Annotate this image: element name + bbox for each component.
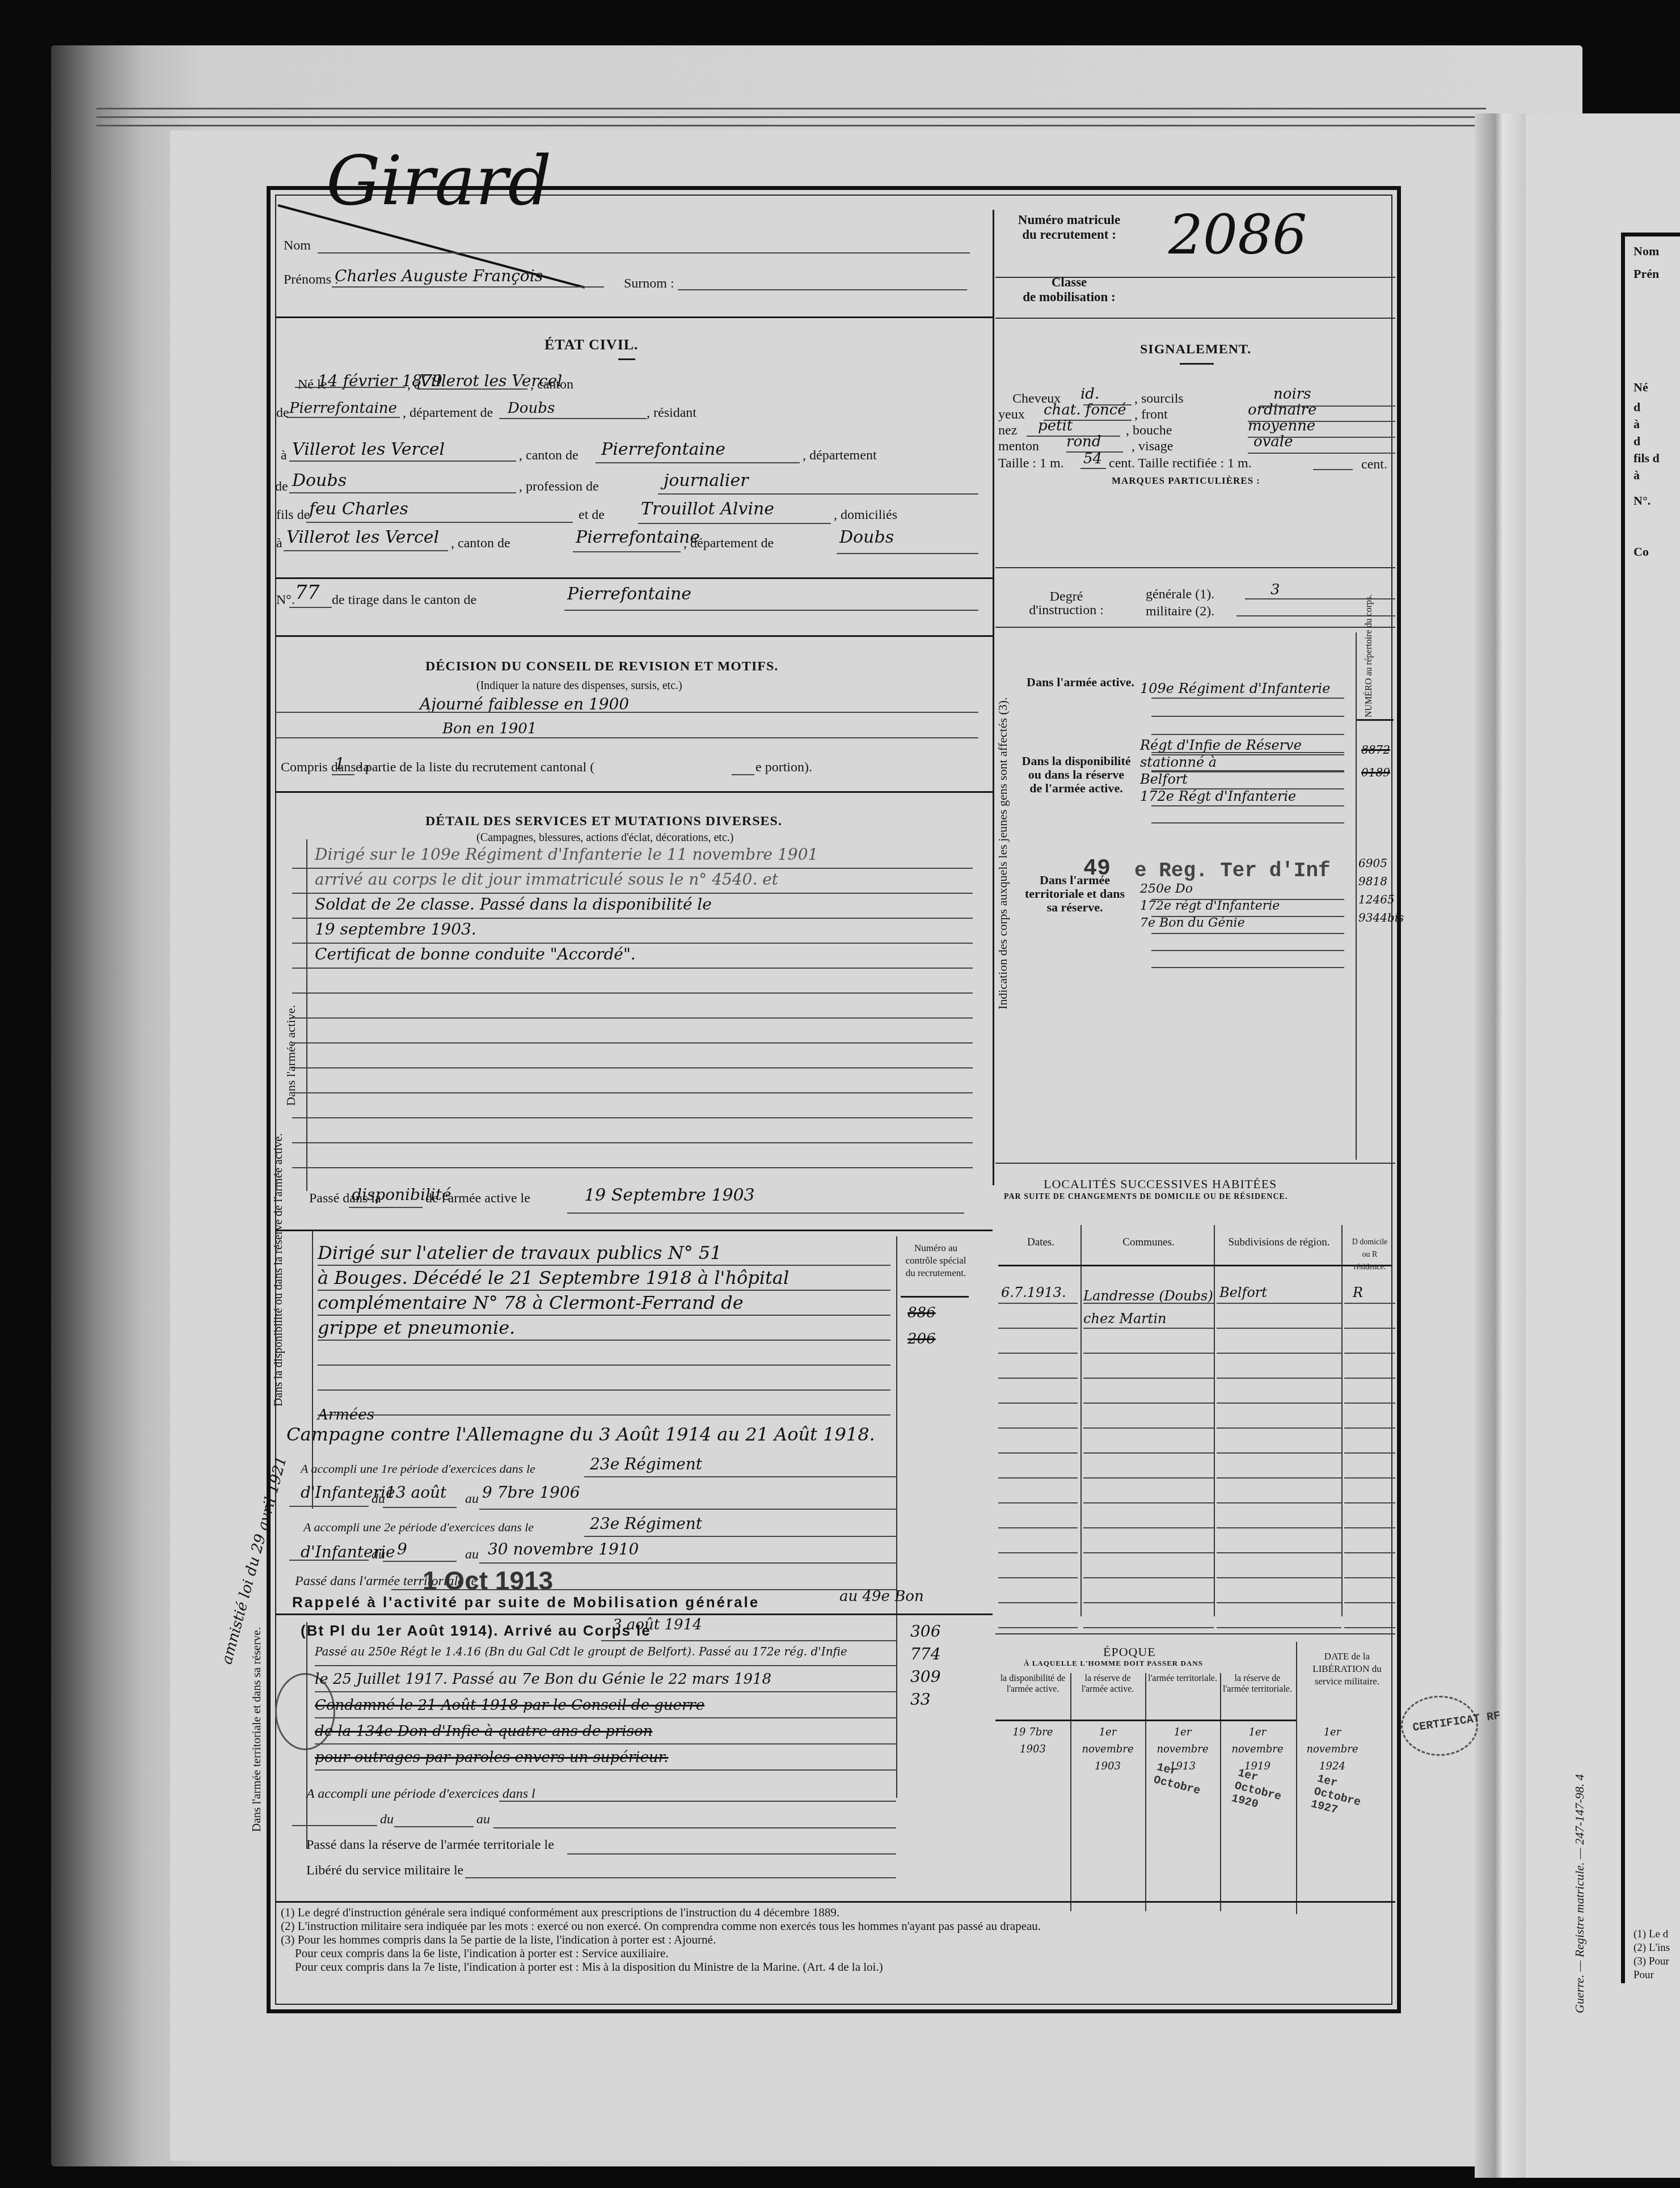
controle-number: 33 xyxy=(910,1690,931,1709)
ruled-line xyxy=(1083,1527,1214,1528)
service-entry: Dirigé sur le 109e Régiment d'Infanterie… xyxy=(315,845,818,864)
ruled-line xyxy=(1217,1602,1341,1603)
service-entry: complémentaire N° 78 à Clermont-Ferrand … xyxy=(318,1292,744,1313)
pere-value: feu Charles xyxy=(309,499,408,519)
menton-label: menton xyxy=(998,439,1039,454)
ruled-line xyxy=(292,868,973,869)
numero-repertoire-header: NUMÉRO au répertoire du corps. xyxy=(1364,594,1374,717)
ruled-line xyxy=(292,968,973,969)
domicile-value: Villerot les Vercel xyxy=(286,527,439,547)
ruled-line xyxy=(1217,1502,1341,1503)
ruled-line xyxy=(1151,967,1344,968)
page-stack-edge xyxy=(96,125,1486,126)
epoque-column-header: la réserve de l'armée active. xyxy=(1073,1673,1143,1695)
taille-cent-end: cent. xyxy=(1361,457,1387,472)
right-page-label: à xyxy=(1633,417,1640,432)
compris-value: 1 xyxy=(335,754,345,773)
page-stack-edge xyxy=(96,116,1486,118)
prenoms-label: Prénoms : xyxy=(284,272,339,288)
yeux-value: chat. foncé xyxy=(1044,402,1126,419)
periode-terr-au-label: au xyxy=(476,1812,490,1827)
book-gutter xyxy=(1475,113,1526,2178)
localites-column-header: D domicile ou R résidence. xyxy=(1347,1236,1392,1274)
epoque-correction-stamp: 1er Octobre 1920 xyxy=(1230,1767,1311,1822)
ruled-line xyxy=(1083,1477,1214,1479)
ruled-line xyxy=(292,1042,973,1044)
ruled-line xyxy=(292,1142,973,1143)
ruled-line xyxy=(1151,950,1344,951)
ruled-line xyxy=(315,1743,896,1745)
controle-number: 309 xyxy=(910,1667,940,1686)
ruled-line xyxy=(318,1290,890,1291)
ruled-line xyxy=(1217,1353,1341,1354)
ruled-line xyxy=(318,1340,890,1341)
footnote: (3) Pour les hommes compris dans la 5e p… xyxy=(281,1933,716,1947)
residence-value: Villerot les Vercel xyxy=(292,440,445,459)
service-entry: de la 134e Don d'Infie à quatre ans de p… xyxy=(315,1723,652,1740)
ruled-line xyxy=(998,1378,1078,1379)
classe-label: Classede mobilisation : xyxy=(1004,275,1134,305)
campagne-annotation: Armées xyxy=(318,1406,374,1424)
controle-header: Numéro au contrôle spécial du recrutemen… xyxy=(902,1242,970,1279)
decret-hand: 3 août 1914 xyxy=(613,1616,702,1633)
ruled-line xyxy=(1151,822,1344,823)
right-page-footnote: (1) Le d xyxy=(1633,1928,1668,1941)
profession-label: , profession de xyxy=(519,479,599,495)
ruled-line xyxy=(1217,1403,1341,1404)
ruled-line xyxy=(1344,1552,1395,1553)
service-entry: Passé au 250e Régt le 1.4.16 (Bn du Gal … xyxy=(315,1645,847,1658)
affectation-active-label: Dans l'armée active. xyxy=(1027,675,1123,690)
right-page-label: N°. xyxy=(1633,493,1651,508)
canton-label: , canton xyxy=(530,377,573,392)
et-de-label: et de xyxy=(579,508,605,523)
compris-rest: e partie de la liste du recrutement cant… xyxy=(356,760,594,775)
profession-value: journalier xyxy=(664,471,749,491)
ruled-line xyxy=(1151,805,1344,806)
epoque-correction-stamp: 1er Octobre 1927 xyxy=(1310,1772,1391,1828)
mere-value: Trouillot Alvine xyxy=(641,499,774,519)
repertoire-number: 8872 xyxy=(1361,743,1390,757)
service-entry: grippe et pneumonie. xyxy=(318,1317,515,1338)
campagne-line: Campagne contre l'Allemagne du 3 Août 19… xyxy=(286,1424,875,1445)
ruled-line xyxy=(998,1552,1078,1553)
ruled-line xyxy=(1217,1552,1341,1553)
ruled-line xyxy=(292,1092,973,1093)
matricule-value: 2086 xyxy=(1168,203,1307,267)
localite-date: 6.7.1913. xyxy=(1001,1285,1066,1300)
ruled-line xyxy=(1344,1403,1395,1404)
ruled-line xyxy=(998,1477,1078,1479)
ruled-line xyxy=(1344,1353,1395,1354)
printer-mark: Guerre. — Registre matricule. — 247-147-… xyxy=(1572,1774,1587,2013)
ruled-line xyxy=(292,992,973,994)
localites-column-header: Dates. xyxy=(1001,1236,1080,1249)
side-label-dispo: Dans la disponibilité ou dans la réserve… xyxy=(271,1133,285,1406)
ruled-line xyxy=(1083,1303,1214,1304)
ruled-line xyxy=(1151,754,1344,755)
service-entry: le 25 Juillet 1917. Passé au 7e Bon du G… xyxy=(315,1671,771,1688)
decision-line-2: Bon en 1901 xyxy=(442,720,537,737)
ruled-line xyxy=(1151,698,1344,699)
service-entry: Soldat de 2e classe. Passé dans la dispo… xyxy=(315,895,712,914)
ruled-line xyxy=(1344,1477,1395,1479)
residence-departement-label: , département xyxy=(803,448,877,463)
ruled-line xyxy=(1083,1602,1214,1603)
front-label: , front xyxy=(1134,407,1168,423)
ruled-line xyxy=(1083,1353,1214,1354)
service-entry: pour outrages par paroles envers un supé… xyxy=(315,1749,668,1766)
decret-line: (Bt Pl du 1er Août 1914). Arrivé au Corp… xyxy=(301,1622,651,1640)
page-stack-edge xyxy=(96,108,1486,109)
ruled-line xyxy=(292,893,973,894)
periode-1-au: 9 7bre 1906 xyxy=(482,1483,580,1502)
footnote: Pour ceux compris dans la 7e liste, l'in… xyxy=(295,1960,883,1974)
header-rule xyxy=(995,1720,1296,1721)
affectation-entry: Régt d'Infie de Réserve xyxy=(1140,737,1302,753)
ruled-line xyxy=(1217,1577,1341,1578)
decision-subheading: (Indiquer la nature des dispenses, sursi… xyxy=(476,679,682,692)
epoque-heading: ÉPOQUE xyxy=(1103,1645,1156,1659)
taille-cent-label: cent. Taille rectifiée : 1 m. xyxy=(1109,456,1252,471)
ruled-line xyxy=(998,1427,1078,1429)
taille-label: Taille : 1 m. xyxy=(998,456,1064,471)
ruled-line xyxy=(1217,1303,1341,1304)
ruled-line xyxy=(1151,771,1344,772)
ruled-line xyxy=(1217,1527,1341,1528)
ruled-line xyxy=(1344,1427,1395,1429)
controle-number: 886 xyxy=(907,1304,936,1321)
libere-label: Libéré du service militaire le xyxy=(306,1863,463,1878)
right-page-label: d xyxy=(1633,400,1640,415)
ruled-line xyxy=(1344,1328,1395,1329)
right-page-label: Prén xyxy=(1633,267,1659,281)
affectation-entry: Belfort xyxy=(1140,771,1188,787)
domicile-canton-label: , canton de xyxy=(451,536,510,551)
controle-number: 206 xyxy=(907,1330,936,1348)
right-page-footnote: Pour xyxy=(1633,1969,1654,1982)
yeux-label: yeux xyxy=(998,407,1025,423)
ruled-line xyxy=(1344,1577,1395,1578)
affectation-entry: 109e Régiment d'Infanterie xyxy=(1140,681,1330,696)
domicilies-label: , domiciliés xyxy=(834,508,897,523)
a-label: , à xyxy=(407,377,420,392)
ruled-line xyxy=(318,1265,890,1266)
taille-value: 54 xyxy=(1083,450,1102,467)
ruled-line xyxy=(998,1353,1078,1354)
ruled-line xyxy=(315,1769,896,1771)
ruled-line xyxy=(1217,1378,1341,1379)
epoque-column-header: la disponibilité de l'armée active. xyxy=(998,1673,1068,1695)
periode-2-au: 30 novembre 1910 xyxy=(488,1540,639,1558)
ruled-line xyxy=(1217,1627,1341,1628)
ruled-line xyxy=(292,943,973,944)
signalement-heading: SIGNALEMENT. xyxy=(1140,342,1251,357)
visage-label: , visage xyxy=(1132,439,1173,454)
ruled-line xyxy=(318,1389,890,1391)
date-liberation-header: DATE de la LIBÉRATION du service militai… xyxy=(1299,1650,1395,1688)
periode-2-du: 9 xyxy=(397,1540,407,1558)
ruled-line xyxy=(1344,1527,1395,1528)
bouche-value: moyenne xyxy=(1248,417,1315,434)
decision-line-1: Ajourné faiblesse en 1900 xyxy=(420,695,629,713)
domicile-canton-value: Pierrefontaine xyxy=(576,527,700,547)
decision-heading: DÉCISION DU CONSEIL DE REVISION ET MOTIF… xyxy=(425,659,778,674)
affectation-entry: stationné à xyxy=(1140,754,1217,770)
passe-dispo-date: 19 Septembre 1903 xyxy=(584,1185,755,1205)
fils-de-label: fils de xyxy=(276,508,310,523)
departement-naissance: Doubs xyxy=(508,400,555,417)
ruled-line xyxy=(1083,1627,1214,1628)
ruled-line xyxy=(292,918,973,919)
tirage-label: de tirage dans le canton de xyxy=(332,593,476,608)
prenoms-value: Charles Auguste François xyxy=(335,267,543,285)
ruled-line xyxy=(1083,1328,1214,1329)
portion-label: e portion). xyxy=(755,760,812,775)
ruled-line xyxy=(1083,1427,1214,1429)
periode-2-label: A accompli une 2e période d'exercices da… xyxy=(303,1520,534,1535)
repertoire-number: 0189 xyxy=(1361,766,1390,779)
localite-dr: R xyxy=(1353,1285,1363,1300)
repertoire-number: 12465 xyxy=(1358,893,1395,906)
tirage-canton-value: Pierrefontaine xyxy=(567,584,691,604)
periode-2-corps: 23e Régiment xyxy=(590,1514,702,1533)
visage-value: ovale xyxy=(1253,433,1293,450)
instruction-militaire-label: militaire (2). xyxy=(1146,604,1214,619)
ruled-line xyxy=(292,1017,973,1019)
ruled-line xyxy=(1083,1502,1214,1503)
ruled-line xyxy=(1217,1427,1341,1429)
marques-label: MARQUES PARTICULIÈRES : xyxy=(1112,475,1260,487)
epoque-value: 1er novembre 1903 xyxy=(1074,1724,1142,1775)
periode-1-du: 13 août xyxy=(386,1483,446,1502)
localites-column-header: Communes. xyxy=(1083,1236,1214,1249)
affectation-entry: 172e Régt d'Infanterie xyxy=(1140,788,1296,804)
ruled-line xyxy=(315,1691,896,1692)
territoriale-stamp-text: e Reg. Ter d'Inf xyxy=(1134,859,1331,882)
degre-instruction-label: Degréd'instruction : xyxy=(1021,590,1112,617)
ruled-line xyxy=(1344,1627,1395,1628)
front-value: ordinaire xyxy=(1248,402,1316,419)
affectation-entry: 172e régt d'Infanterie xyxy=(1140,899,1280,913)
ruled-line xyxy=(1217,1452,1341,1454)
rappele-line: Rappelé à l'activité par suite de Mobili… xyxy=(292,1594,759,1611)
ruled-line xyxy=(1083,1577,1214,1578)
residence-a: à xyxy=(281,448,287,463)
periode-1-corps: 23e Régiment xyxy=(590,1455,702,1473)
periode-terr-du-label: du xyxy=(380,1812,394,1827)
ruled-line xyxy=(1083,1452,1214,1454)
affectation-reserve-label: Dans la disponibilité ou dans la réserve… xyxy=(1021,754,1132,795)
domicile-departement-value: Doubs xyxy=(839,527,894,547)
ruled-line xyxy=(318,1365,890,1366)
ruled-line xyxy=(1151,716,1344,717)
periode-1-du-label: du xyxy=(372,1492,385,1507)
territoriale-stamp-num: 49 xyxy=(1083,856,1111,882)
epoque-values: 19 7bre 19031er novembre 19031er novembr… xyxy=(995,1724,1395,1894)
affectation-entry: 250e Do xyxy=(1140,882,1193,896)
cheveux-value: id. xyxy=(1080,386,1099,403)
right-page-label: d xyxy=(1633,434,1640,449)
sourcils-label: , sourcils xyxy=(1134,391,1184,407)
sourcils-value: noirs xyxy=(1273,386,1311,403)
ruled-line xyxy=(998,1452,1078,1454)
tirage-no-label: N°. xyxy=(276,593,295,608)
localite-subdivision: Belfort xyxy=(1219,1285,1267,1300)
ruled-line xyxy=(1083,1552,1214,1553)
epoque-value: 19 7bre 1903 xyxy=(999,1724,1067,1758)
footnote: (2) L'instruction militaire sera indiqué… xyxy=(281,1919,1041,1933)
instruction-generale-label: générale (1). xyxy=(1146,587,1214,602)
menton-value: rond xyxy=(1066,433,1101,450)
ruled-line xyxy=(292,1117,973,1118)
etat-civil-heading: ÉTAT CIVIL. xyxy=(544,336,639,353)
repertoire-number: 9344bis xyxy=(1358,911,1404,924)
services-heading: DÉTAIL DES SERVICES ET MUTATIONS DIVERSE… xyxy=(425,814,782,829)
service-entry: à Bouges. Décédé le 21 Septembre 1918 à … xyxy=(318,1267,789,1289)
nez-value: petit xyxy=(1038,417,1073,434)
ruled-line xyxy=(318,1315,890,1316)
nez-label: nez xyxy=(998,423,1017,438)
ruled-line xyxy=(998,1502,1078,1503)
periode-terr-label: A accompli une période d'exercices dans … xyxy=(306,1786,535,1802)
right-page-label: Né xyxy=(1633,380,1648,395)
footnote: Pour ceux compris dans la 6e liste, l'in… xyxy=(295,1946,669,1961)
nom-value: Girard xyxy=(326,142,551,221)
rappele-hand: au 49e Bon xyxy=(839,1588,924,1605)
ruled-line xyxy=(292,1067,973,1068)
ruled-line xyxy=(998,1602,1078,1603)
periode-1-label: A accompli une 1re période d'exercices d… xyxy=(301,1462,535,1476)
ruled-line xyxy=(292,1167,973,1168)
bouche-label: , bouche xyxy=(1126,423,1172,438)
ruled-line xyxy=(1217,1477,1341,1479)
periode-2-au-label: au xyxy=(465,1547,479,1562)
right-page-label: Co xyxy=(1633,544,1649,559)
epoque-value: 1er novembre 1924 xyxy=(1298,1724,1366,1775)
ruled-line xyxy=(1151,899,1344,900)
departement-label: , département de xyxy=(403,406,493,421)
ruled-line xyxy=(1151,916,1344,917)
ruled-line xyxy=(998,1403,1078,1404)
periode-2-du-label: du xyxy=(372,1547,385,1562)
ruled-line xyxy=(1344,1602,1395,1603)
ruled-line xyxy=(998,1527,1078,1528)
side-label-active: Dans l'armée active. xyxy=(284,1005,298,1106)
residence-canton-label: , canton de xyxy=(519,448,579,463)
localites-subheading: PAR SUITE DE CHANGEMENTS DE DOMICILE OU … xyxy=(1004,1193,1288,1202)
service-entry: 19 septembre 1903. xyxy=(315,920,476,939)
right-page-label: Nom xyxy=(1633,244,1659,259)
controle-number: 774 xyxy=(910,1645,940,1663)
side-label-territoriale: Dans l'armée territoriale et dans sa rés… xyxy=(250,1627,264,1832)
epoque-value: 1er novembre 1919 xyxy=(1223,1724,1291,1775)
residence-departement-value: Doubs xyxy=(292,471,347,491)
surnom-label: Surnom : xyxy=(624,276,674,292)
epoque-column-header: la réserve de l'armée territoriale. xyxy=(1222,1673,1293,1695)
ruled-line xyxy=(1344,1452,1395,1454)
residant-label: , résidant xyxy=(647,406,697,421)
ruled-line xyxy=(998,1627,1078,1628)
repertoire-number: 6905 xyxy=(1358,856,1387,870)
ruled-line xyxy=(1344,1502,1395,1503)
localites-heading: LOCALITÉS SUCCESSIVES HABITÉES xyxy=(1044,1177,1277,1192)
epoque-subheading: À LAQUELLE L'HOMME DOIT PASSER DANS xyxy=(1024,1659,1203,1668)
footnote: (1) Le degré d'instruction générale sera… xyxy=(281,1906,839,1920)
domicile-a: à xyxy=(276,536,282,551)
ruled-line xyxy=(1151,734,1344,735)
ruled-line xyxy=(998,1577,1078,1578)
tirage-no-value: 77 xyxy=(295,581,319,604)
ruled-line xyxy=(318,1414,890,1416)
service-entry: Condamné le 21 Août 1918 par le Conseil … xyxy=(315,1697,704,1714)
service-entry: arrivé au corps le dit jour immatriculé … xyxy=(315,870,778,889)
reserve-terr-label: Passé dans la réserve de l'armée territo… xyxy=(306,1838,554,1853)
canton-naissance: Pierrefontaine xyxy=(289,400,397,417)
ruled-line xyxy=(1217,1328,1341,1329)
right-page-label: fils d xyxy=(1633,451,1660,466)
residence-dep-de: de xyxy=(275,479,288,495)
localite-commune: Landresse (Doubs) chez Martin xyxy=(1083,1285,1214,1330)
residence-canton-value: Pierrefontaine xyxy=(601,440,725,459)
periode-1-au-label: au xyxy=(465,1492,479,1507)
passe-dispo-rest: de l'armée active le xyxy=(425,1191,530,1206)
ruled-line xyxy=(1344,1303,1395,1304)
nom-label: Nom xyxy=(284,238,311,254)
service-entry: Certificat de bonne conduite "Accordé". xyxy=(315,945,636,964)
ruled-line xyxy=(1083,1403,1214,1404)
right-page-footnote: (2) L'ins xyxy=(1633,1942,1670,1954)
ruled-line xyxy=(315,1717,896,1718)
ruled-line xyxy=(998,1303,1078,1304)
right-page-footnote: (3) Pour xyxy=(1633,1955,1669,1968)
domicile-departement-label: , département de xyxy=(683,536,774,551)
ruled-line xyxy=(1151,933,1344,934)
ruled-line xyxy=(315,1665,896,1666)
right-page-label: à xyxy=(1633,468,1640,483)
ruled-line xyxy=(1344,1378,1395,1379)
affectation-entry: 7e Bon du Génie xyxy=(1140,916,1245,930)
repertoire-number: 9818 xyxy=(1358,875,1387,888)
ruled-line xyxy=(1083,1378,1214,1379)
matricule-label: Numéro matriculedu recrutement : xyxy=(1004,213,1134,242)
localites-column-header: Subdivisions de région. xyxy=(1217,1236,1341,1249)
ruled-line xyxy=(998,1328,1078,1329)
de-label: de xyxy=(276,406,289,421)
passe-territoriale-stamp: 1 Oct 1913 xyxy=(423,1565,553,1596)
service-entry: Dirigé sur l'atelier de travaux publics … xyxy=(318,1242,722,1264)
instruction-generale-value: 3 xyxy=(1270,581,1280,598)
services-subheading: (Campagnes, blessures, actions d'éclat, … xyxy=(476,831,733,844)
ruled-line xyxy=(1151,788,1344,789)
epoque-column-header: l'armée territoriale. xyxy=(1147,1673,1218,1684)
affectation-side-label: Indication des corps auxquels les jeunes… xyxy=(995,697,1010,1009)
controle-number: 306 xyxy=(910,1622,940,1641)
